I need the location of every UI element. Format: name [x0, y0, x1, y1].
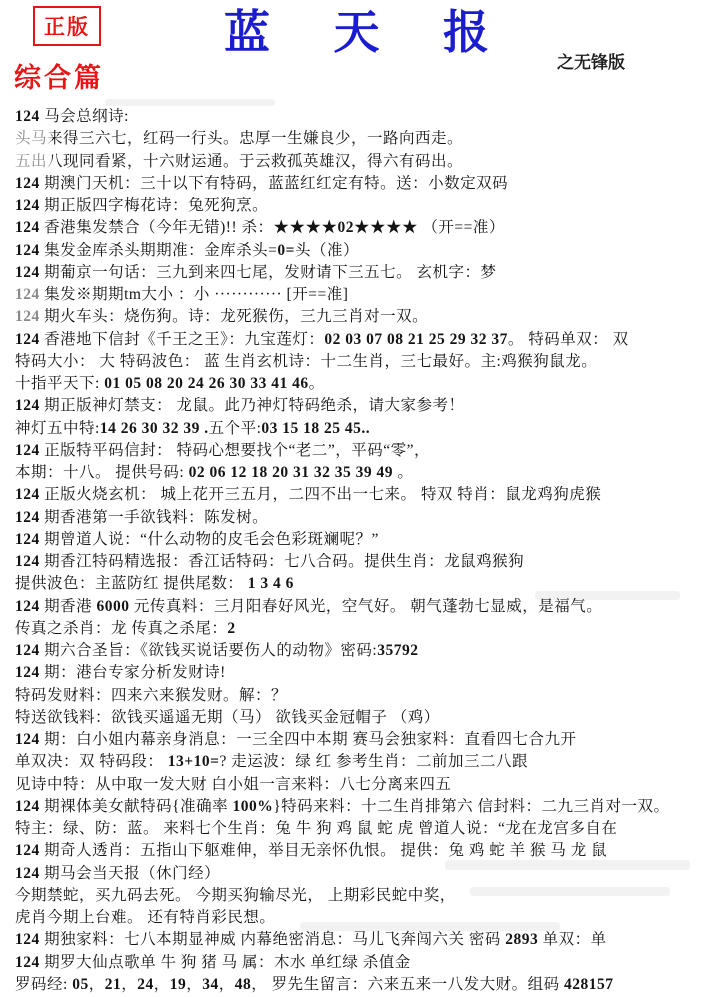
- text-line: 124 期：白小姐内幕亲身消息：一三全四中本期 赛马会独家料：直看四七合九开: [15, 729, 709, 751]
- text-line: 虎肖今期上台难。 还有特肖彩民想。: [15, 907, 709, 929]
- text-line: 头马来得三六七，红码一行头。忠厚一生嫌良少，一路向西走。: [15, 128, 709, 150]
- text-line: 124 期澳门天机：三十以下有特码，蓝蓝红红定有特。送：小数定双码: [15, 173, 709, 195]
- text-line: 124 期罗大仙点歌单 牛 狗 猪 马 属：木水 单红绿 杀值金: [15, 952, 709, 974]
- text-line: 神灯五中特:14 26 30 32 39 .五个平:03 15 18 25 45…: [15, 418, 709, 440]
- text-line: 124 期马会当天报（休门经）: [15, 863, 709, 885]
- text-line: 124 期火车头：烧伤狗。诗：龙死猴伤，三九三肖对一双。: [15, 306, 709, 328]
- text-line: 124 香港集发禁合（今年无错)!! 杀：★★★★02★★★★ （开==准）: [15, 217, 709, 239]
- text-line: 特送欲钱料：欲钱买遥遥无期（马） 欲钱买金冠帽子 （鸡）: [15, 707, 709, 729]
- edition-label: 之无锋版: [557, 48, 625, 73]
- text-line: 124 期正版四字梅花诗：兔死狗烹。: [15, 195, 709, 217]
- text-line: 124 期香港 6000 元传真料：三月阳春好风光，空气好。 朝气蓬勃七显威，是…: [15, 596, 709, 618]
- text-line: 124 马会总纲诗:: [15, 106, 709, 128]
- text-line: 特码发财料：四来六来猴发财。解：？: [15, 685, 709, 707]
- text-line: 124 正版特平码信封： 特码心想要找个“老二”，平码“零”，: [15, 440, 709, 462]
- scan-smudge: [105, 99, 275, 106]
- text-line: 提供波色：主蓝防红 提供尾数： 1 3 4 6: [15, 573, 709, 595]
- text-line: 124 期奇人透肖：五指山下躯难伸，举目无亲怀仇恨。 提供：兔 鸡 蛇 羊 猴 …: [15, 840, 709, 862]
- text-line: 124 期香江特码精选报：香江话特码：七八合码。提供生肖：龙鼠鸡猴狗: [15, 551, 709, 573]
- text-line: 124 集发金库杀头期期准：金库杀头=0=头（准）: [15, 240, 709, 262]
- text-line: 特主：绿、防：蓝。 来料七个生肖：兔 牛 狗 鸡 鼠 蛇 虎 曾道人说：“龙在龙…: [15, 818, 709, 840]
- section-title: 综合篇: [14, 56, 104, 95]
- text-line: 见诗中特：从中取一发大财 白小姐一言来料：八七分离来四五: [15, 774, 709, 796]
- text-line: 124 期：港台专家分析发财诗!: [15, 662, 709, 684]
- text-line: 罗码经: 05，21，24，19，34，48， 罗先生留言：六来五来一八发大财。…: [15, 974, 709, 996]
- content-lines: 124 马会总纲诗:头马来得三六七，红码一行头。忠厚一生嫌良少，一路向西走。五出…: [15, 106, 709, 996]
- text-line: 124 正版火烧玄机： 城上花开三五月，二四不出一七来。 特双 特肖：鼠龙鸡狗虎…: [15, 484, 709, 506]
- text-line: 124 期葡京一句话：三九到来四七尾，发财请下三五七。 玄机字：梦: [15, 262, 709, 284]
- text-line: 传真之杀肖：龙 传真之杀尾：2: [15, 618, 709, 640]
- text-line: 124 香港地下信封《千王之王》：九宝莲灯：02 03 07 08 21 25 …: [15, 329, 709, 351]
- text-line: 五出八现同看紧，十六财运通。于云救孤英雄汉，得六有码出。: [15, 151, 709, 173]
- text-line: 今期禁蛇，买九码去死。 今期买狗输尽光， 上期彩民蛇中奖，: [15, 885, 709, 907]
- text-line: 单双决：双 特码段： 13+10=? 走运波：绿 红 参考生肖：二前加三二八跟: [15, 751, 709, 773]
- text-line: 124 期曾道人说：“什么动物的皮毛会色彩斑斓呢？”: [15, 529, 709, 551]
- text-line: 本期：十八。 提供号码: 02 06 12 18 20 31 32 35 39 …: [15, 462, 709, 484]
- newspaper-page: 正版 蓝 天 报 之无锋版 综合篇 124 马会总纲诗:头马来得三六七，红码一行…: [0, 0, 713, 997]
- text-line: 特码大小： 大 特码波色： 蓝 生肖玄机诗：十二生肖，三七最好。主:鸡猴狗鼠龙。: [15, 351, 709, 373]
- text-line: 124 期六合圣旨：《欲钱买说话要伤人的动物》密码:35792: [15, 640, 709, 662]
- text-line: 124 期正版神灯禁支： 龙鼠。此乃神灯特码绝杀，请大家参考！: [15, 395, 709, 417]
- text-line: 十指平天下: 01 05 08 20 24 26 30 33 41 46。: [15, 373, 709, 395]
- text-line: 124 集发※期期tm大小 ：小 ············ [开==准]: [15, 284, 709, 306]
- text-line: 124 期独家料：七八本期显神威 内幕绝密消息：马儿飞奔闯六关 密码 2893 …: [15, 929, 709, 951]
- text-line: 124 期裸体美女献特码{准确率 100%}特码来料：十二生肖排第六 信封料：二…: [15, 796, 709, 818]
- text-line: 124 期香港第一手欲钱料：陈发树。: [15, 507, 709, 529]
